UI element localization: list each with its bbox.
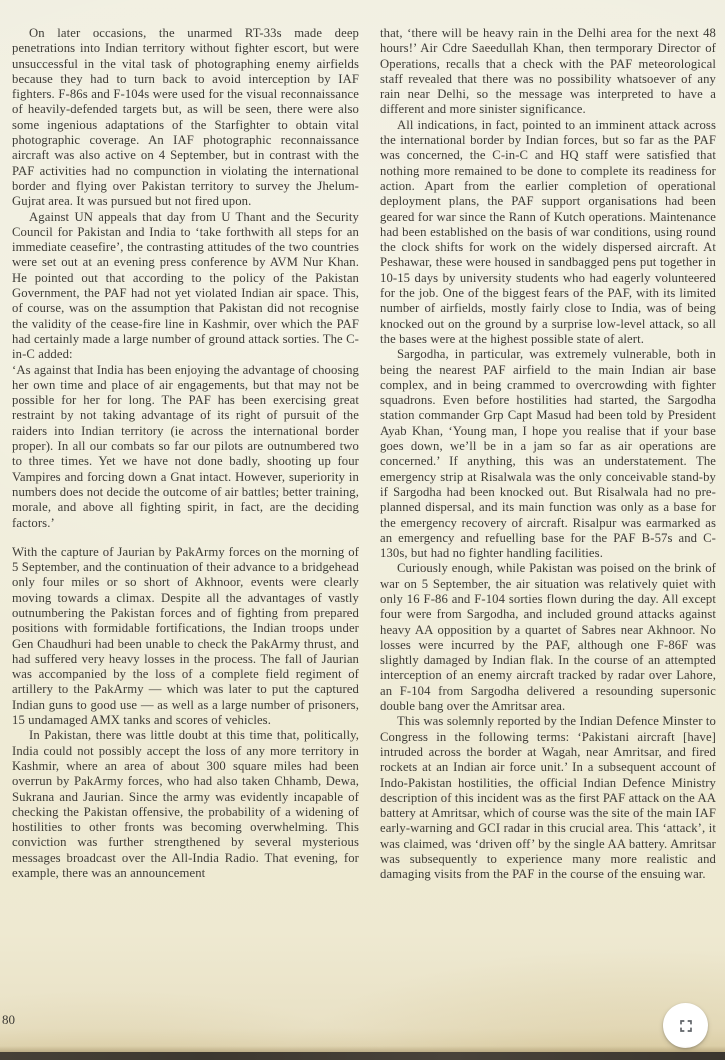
paragraph-quote: ‘As against that India has been enjoying… <box>12 363 359 531</box>
paragraph: Sargodha, in particular, was extremely v… <box>380 347 716 561</box>
page-bottom-edge <box>0 1052 725 1060</box>
page-number: 80 <box>2 1012 15 1028</box>
paragraph: that, ‘there will be heavy rain in the D… <box>380 26 716 118</box>
paragraph: On later occasions, the unarmed RT-33s m… <box>12 26 359 210</box>
text-column-left: On later occasions, the unarmed RT-33s m… <box>12 26 359 883</box>
paragraph: Against UN appeals that day from U Thant… <box>12 210 359 363</box>
paragraph: This was solemnly reported by the Indian… <box>380 714 716 882</box>
fullscreen-icon <box>676 1016 696 1036</box>
paragraph: In Pakistan, there was little doubt at t… <box>12 728 359 881</box>
paragraph: All indications, in fact, pointed to an … <box>380 118 716 347</box>
fullscreen-button[interactable] <box>663 1003 708 1048</box>
paragraph: With the capture of Jaurian by PakArmy f… <box>12 545 359 729</box>
text-column-right: that, ‘there will be heavy rain in the D… <box>380 26 716 883</box>
paragraph: Curiously enough, while Pakistan was poi… <box>380 561 716 714</box>
book-page: On later occasions, the unarmed RT-33s m… <box>12 26 716 883</box>
